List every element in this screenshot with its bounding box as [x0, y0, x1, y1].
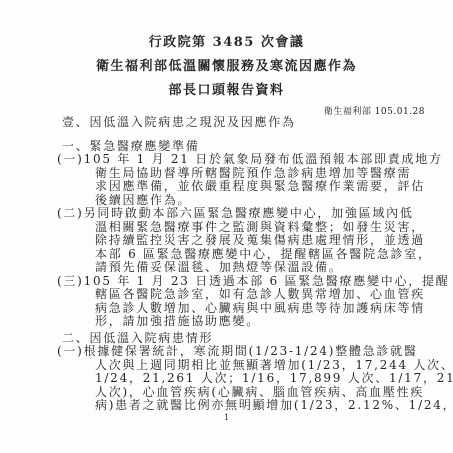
text-line: 本部 6 區緊急醫療應變中心，提醒轄區各醫院急診室，: [0, 248, 453, 262]
text-line: 二、因低溫入院病患情形: [0, 332, 453, 346]
document-body: 壹、因低溫入院病患之現況及因應作為一、緊急醫療應變準備(一)105 年 1 月 …: [0, 116, 453, 413]
document-page: 行政院第 3485 次會議 衛生福利部低溫關懷服務及寒流因應作為 部長口頭報告資…: [0, 0, 453, 453]
text-line: 除持續監控災害之發展及蒐集傷病患處理情形，並透過: [0, 234, 453, 248]
meeting-title: 行政院第 3485 次會議: [0, 31, 453, 55]
text-line: (一)105 年 1 月 21 日於氣象局發布低溫預報本部即責成地方: [0, 153, 453, 167]
text-line: 一、緊急醫療應變準備: [0, 140, 453, 154]
text-line: 病)患者之就醫比例亦無明顯增加(1/23，2.12%、1/24，: [0, 399, 453, 413]
page-number: 1: [0, 413, 453, 423]
report-type-title: 部長口頭報告資料: [0, 79, 453, 103]
text-line: (三)105 年 1 月 23 日透過本部 6 區緊急醫療應變中心，提醒: [0, 275, 453, 289]
text-line: 轄區各醫院急診室，如有急診人數異常增加、心血管疾: [0, 288, 453, 302]
text-line: 溫相關緊急醫療事件之監測與資料彙整；如發生災害，: [0, 221, 453, 235]
text-line: 形，請加強措施協助應變。: [0, 315, 453, 329]
text-line: 請預先備妥保溫毯、加熱燈等保溫設備。: [0, 261, 453, 275]
text-line: 衛生局協助督導所轄醫院預作急診病患增加等醫療需: [0, 167, 453, 181]
text-line: (一)根據健保署統計，寒流期間(1/23-1/24)整體急診就醫: [0, 345, 453, 359]
report-subject-title: 衛生福利部低溫關懷服務及寒流因應作為: [0, 55, 453, 79]
text-line: 人次與上週同期相比並無顯著增加(1/23，17,244 人次、: [0, 359, 453, 373]
text-line: (二)另同時啟動本部六區緊急醫療應變中心，加強區域內低: [0, 207, 453, 221]
text-line: 後續因應作為。: [0, 194, 453, 208]
text-line: 人次)，心血管疾病(心臟病、腦血管疾病、高血壓性疾: [0, 386, 453, 400]
text-line: 求因應準備，並依嚴重程度與緊急醫療作業需要，評估: [0, 180, 453, 194]
text-line: 病急診人數增加、心臟病與中風病患等待加護病床等情: [0, 302, 453, 316]
document-title-block: 行政院第 3485 次會議 衛生福利部低溫關懷服務及寒流因應作為 部長口頭報告資…: [0, 0, 453, 103]
text-line: 壹、因低溫入院病患之現況及因應作為: [0, 116, 453, 130]
text-line: 1/24，21,261 人次；1/16，17,899 人次、1/17，21,45…: [0, 372, 453, 386]
